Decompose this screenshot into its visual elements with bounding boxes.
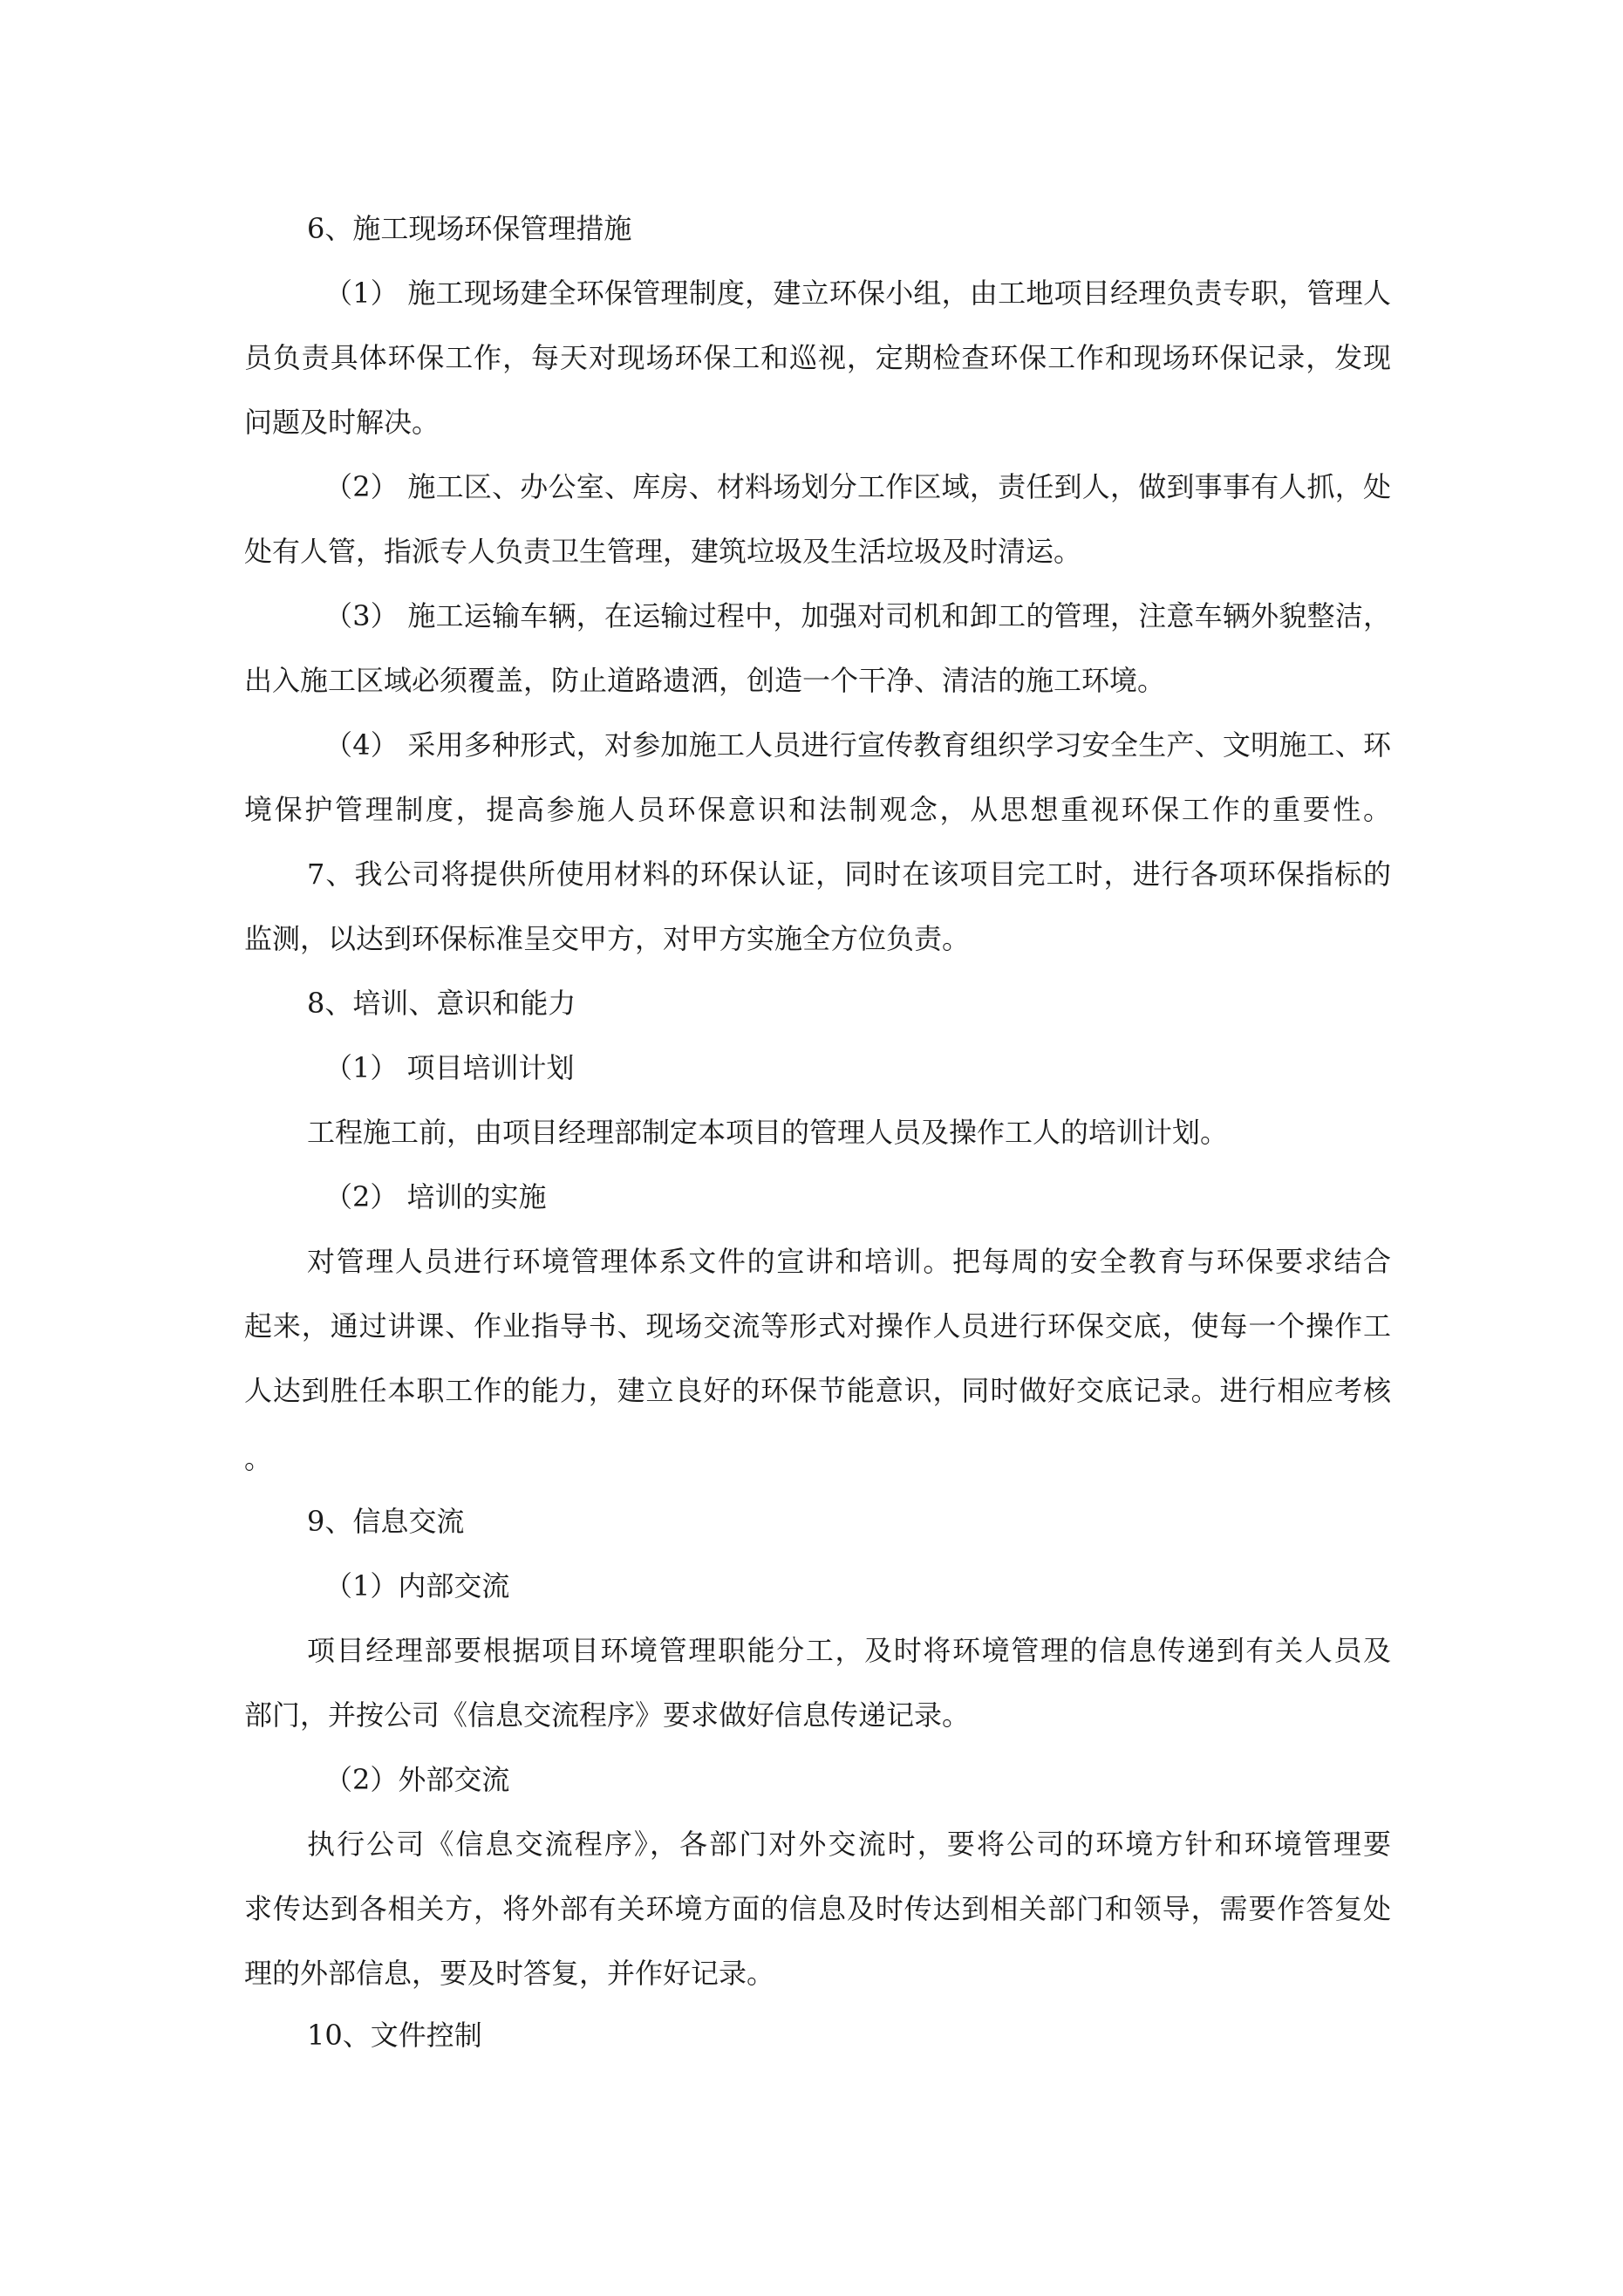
paragraph-line: 部门，并按公司《信息交流程序》要求做好信息传递记录。 [244, 1696, 1391, 1734]
paragraph-line: 求传达到各相关方，将外部有关环境方面的信息及时传达到相关部门和领导，需要作答复处 [244, 1889, 1391, 1928]
paragraph-line: 监测，以达到环保标准呈交甲方，对甲方实施全方位负责。 [244, 919, 1391, 958]
paragraph-line: 处有人管，指派专人负责卫生管理，建筑垃圾及生活垃圾及时清运。 [244, 532, 1391, 571]
paragraph-line: 人达到胜任本职工作的能力，建立良好的环保节能意识，同时做好交底记录。进行相应考核 [244, 1371, 1391, 1410]
subheading-9-2: （2）外部交流 [324, 1760, 1391, 1799]
paragraph-line: 起来，通过讲课、作业指导书、现场交流等形式对操作人员进行环保交底，使每一个操作工 [244, 1307, 1391, 1345]
list-item-6-2: （2） 施工区、办公室、库房、材料场划分工作区域，责任到人，做到事事有人抓，处 [324, 468, 1391, 506]
paragraph-line: 执行公司《信息交流程序》，各部门对外交流时，要将公司的环境方针和环境管理要 [307, 1825, 1391, 1863]
section-heading-8: 8、培训、意识和能力 [307, 984, 1391, 1022]
list-item-6-3: （3） 施工运输车辆，在运输过程中，加强对司机和卸工的管理，注意车辆外貌整洁， [324, 597, 1391, 635]
paragraph-line: 出入施工区域必须覆盖，防止道路遗洒，创造一个干净、清洁的施工环境。 [244, 661, 1391, 700]
list-item-6-4: （4） 采用多种形式，对参加施工人员进行宣传教育组织学习安全生产、文明施工、环 [324, 726, 1391, 764]
section-heading-6: 6、施工现场环保管理措施 [307, 209, 1391, 248]
section-heading-10: 10、文件控制 [307, 2016, 1391, 2054]
paragraph-line: 员负责具体环保工作，每天对现场环保工和巡视，定期检查环保工作和现场环保记录，发现 [244, 338, 1391, 377]
paragraph-line: 。 [244, 1439, 1391, 1478]
subheading-8-1: （1） 项目培训计划 [324, 1049, 1391, 1087]
list-item-6-1: （1） 施工现场建全环保管理制度，建立环保小组，由工地项目经理负责专职，管理人 [324, 274, 1391, 312]
section-heading-7: 7、我公司将提供所使用材料的环保认证，同时在该项目完工时，进行各项环保指标的 [307, 855, 1391, 893]
paragraph-line: 工程施工前，由项目经理部制定本项目的管理人员及操作工人的培训计划。 [307, 1113, 1391, 1151]
paragraph-line: 项目经理部要根据项目环境管理职能分工，及时将环境管理的信息传递到有关人员及 [307, 1631, 1391, 1670]
subheading-8-2: （2） 培训的实施 [324, 1178, 1391, 1216]
paragraph-line: 对管理人员进行环境管理体系文件的宣讲和培训。把每周的安全教育与环保要求结合 [307, 1242, 1391, 1281]
paragraph-line: 境保护管理制度，提高参施人员环保意识和法制观念，从思想重视环保工作的重要性。 [244, 790, 1391, 829]
paragraph-line: 理的外部信息，要及时答复，并作好记录。 [244, 1954, 1391, 1992]
subheading-9-1: （1）内部交流 [324, 1567, 1391, 1605]
paragraph-line: 问题及时解决。 [244, 403, 1391, 441]
document-page: 6、施工现场环保管理措施 （1） 施工现场建全环保管理制度，建立环保小组，由工地… [0, 0, 1623, 2296]
section-heading-9: 9、信息交流 [307, 1502, 1391, 1541]
